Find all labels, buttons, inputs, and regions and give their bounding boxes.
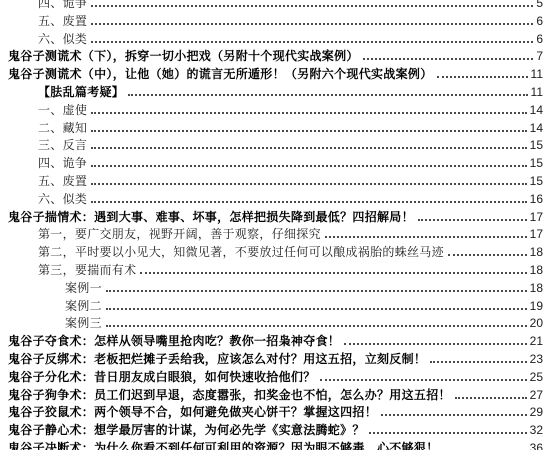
toc-entry[interactable]: 案例二 19 bbox=[8, 298, 543, 316]
dot-leader bbox=[91, 130, 526, 132]
dot-leader bbox=[91, 5, 533, 7]
toc-entry[interactable]: 鬼谷子测谎术（下），拆穿一切小把戏（另附十个现代实战案例） 7 bbox=[8, 48, 543, 66]
toc-entry[interactable]: 二、藏知 14 bbox=[8, 120, 543, 138]
toc-entry-title: 第一，要广交朋友，视野开阔，善于观察，仔细探究 bbox=[38, 226, 321, 244]
toc-entry-title: 鬼谷子夺食术：怎样从领导嘴里抢肉吃？教你一招枭神夺食！ bbox=[8, 333, 340, 351]
toc-entry-page-number: 17 bbox=[530, 209, 543, 227]
toc-entry[interactable]: 案例三 20 bbox=[8, 315, 543, 333]
document-page: 四、诡争 5 五、废置 6 六、似类 6 鬼谷子测谎术（下），拆穿一切小把戏（另… bbox=[0, 0, 550, 450]
toc-entry-title: 三、反言 bbox=[38, 137, 87, 155]
toc-entry[interactable]: 鬼谷子狗争术：员工们迟到早退，态度嚣张，扣奖金也不怕，怎么办？用这五招！ 27 bbox=[8, 387, 543, 405]
toc-entry[interactable]: 六、似类 6 bbox=[8, 31, 543, 49]
dot-leader bbox=[91, 112, 526, 114]
toc-entry-title: 案例一 bbox=[65, 280, 102, 298]
dot-leader bbox=[363, 58, 534, 60]
dot-leader bbox=[140, 272, 526, 274]
dot-leader bbox=[91, 165, 526, 167]
toc-entry[interactable]: 第二，平时要以小见大，知微见著，不要放过任何可以酿成祸胎的蛛丝马迹 18 bbox=[8, 244, 543, 262]
toc-entry-page-number: 14 bbox=[530, 120, 543, 138]
toc-entry-page-number: 25 bbox=[530, 369, 543, 387]
toc-entry-title: 鬼谷子狡鼠术：两个领导不合，如何避免做夹心饼干？掌握这四招！ bbox=[8, 404, 377, 422]
toc-entry-page-number: 36 bbox=[530, 440, 543, 450]
dot-leader bbox=[106, 308, 527, 310]
dot-leader bbox=[369, 432, 527, 434]
toc-entry-title: 六、似类 bbox=[38, 31, 87, 49]
dot-leader bbox=[91, 201, 526, 203]
toc-entry[interactable]: 鬼谷子决断术：为什么你看不到任何可利用的资源？因为眼不够毒，心不够狠！ 36 bbox=[8, 440, 543, 450]
toc-entry-title: 案例二 bbox=[65, 298, 102, 316]
toc-entry-title: 鬼谷子分化术：昔日朋友成白眼狼，如何快速收拾他们？ bbox=[8, 369, 316, 387]
toc-entry[interactable]: 鬼谷子测谎术（中），让他（她）的谎言无所遁形！（另附六个现代实战案例） 11 bbox=[8, 66, 543, 84]
toc-entry-title: 鬼谷子狗争术：员工们迟到早退，态度嚣张，扣奖金也不怕，怎么办？用这五招！ bbox=[8, 387, 451, 405]
toc-entry[interactable]: 鬼谷子揣情术：遇到大事、难事、坏事，怎样把损失降到最低？四招解局！ 17 bbox=[8, 209, 543, 227]
toc-entry-page-number: 21 bbox=[530, 333, 543, 351]
toc-entry-title: 第二，平时要以小见大，知微见著，不要放过任何可以酿成祸胎的蛛丝马迹 bbox=[38, 244, 444, 262]
toc-entry-page-number: 32 bbox=[530, 422, 543, 440]
toc-entry[interactable]: 六、似类 16 bbox=[8, 191, 543, 209]
dot-leader bbox=[91, 147, 526, 149]
toc-entry-page-number: 18 bbox=[530, 280, 543, 298]
toc-entry-title: 第三，要揣而有术 bbox=[38, 262, 136, 280]
toc-entry[interactable]: 第三，要揣而有术 18 bbox=[8, 262, 543, 280]
toc-entry[interactable]: 三、反言 15 bbox=[8, 137, 543, 155]
toc-entry-page-number: 18 bbox=[530, 262, 543, 280]
toc-entry-title: 五、废置 bbox=[38, 13, 87, 31]
dot-leader bbox=[91, 23, 533, 25]
dot-leader bbox=[455, 397, 527, 399]
toc-entry-page-number: 6 bbox=[536, 31, 543, 49]
toc-entry[interactable]: 案例一 18 bbox=[8, 280, 543, 298]
toc-entry-page-number: 6 bbox=[536, 13, 543, 31]
toc-entry[interactable]: 【胠乱篇考疑】 11 bbox=[8, 84, 543, 102]
toc-entry-title: 鬼谷子揣情术：遇到大事、难事、坏事，怎样把损失降到最低？四招解局！ bbox=[8, 209, 414, 227]
toc-entry-title: 鬼谷子反绑术：老板把烂摊子丢给我，应该怎么对付？用这五招，立刻反制！ bbox=[8, 351, 426, 369]
toc-entry[interactable]: 第一，要广交朋友，视野开阔，善于观察，仔细探究 17 bbox=[8, 226, 543, 244]
dot-leader bbox=[106, 290, 527, 292]
dot-leader bbox=[418, 219, 527, 221]
toc-entry[interactable]: 五、废置 15 bbox=[8, 173, 543, 191]
toc-entry[interactable]: 鬼谷子分化术：昔日朋友成白眼狼，如何快速收拾他们？ 25 bbox=[8, 369, 543, 387]
toc-entry[interactable]: 五、废置 6 bbox=[8, 13, 543, 31]
toc-entry-title: 二、藏知 bbox=[38, 120, 87, 138]
dot-leader bbox=[91, 41, 533, 43]
toc-entry-title: 五、废置 bbox=[38, 173, 87, 191]
dot-leader bbox=[106, 325, 527, 327]
toc-entry-title: 四、诡争 bbox=[38, 155, 87, 173]
toc-entry-title: 六、似类 bbox=[38, 191, 87, 209]
toc-entry-page-number: 15 bbox=[530, 155, 543, 173]
toc-entry-title: 四、诡争 bbox=[38, 0, 87, 13]
toc-entry[interactable]: 鬼谷子静心术：想学最厉害的计谋，为何必先学《实意法腾蛇》？ 32 bbox=[8, 422, 543, 440]
toc-entry-page-number: 23 bbox=[530, 351, 543, 369]
toc-entry[interactable]: 鬼谷子反绑术：老板把烂摊子丢给我，应该怎么对付？用这五招，立刻反制！ 23 bbox=[8, 351, 543, 369]
toc-entry-page-number: 17 bbox=[530, 226, 543, 244]
toc-entry-page-number: 27 bbox=[530, 387, 543, 405]
toc-entry-page-number: 7 bbox=[536, 48, 543, 66]
dot-leader bbox=[91, 183, 526, 185]
dot-leader bbox=[128, 94, 527, 96]
dot-leader bbox=[430, 361, 526, 363]
toc-entry-title: 鬼谷子静心术：想学最厉害的计谋，为何必先学《实意法腾蛇》？ bbox=[8, 422, 365, 440]
toc-entry-page-number: 11 bbox=[531, 66, 543, 84]
toc-entry[interactable]: 鬼谷子夺食术：怎样从领导嘴里抢肉吃？教你一招枭神夺食！ 21 bbox=[8, 333, 543, 351]
toc-entry-page-number: 18 bbox=[530, 244, 543, 262]
toc-entry-page-number: 11 bbox=[531, 84, 543, 102]
toc-entry-title: 案例三 bbox=[65, 315, 102, 333]
dot-leader bbox=[325, 236, 527, 238]
toc-entry-page-number: 20 bbox=[530, 315, 543, 333]
dot-leader bbox=[381, 414, 527, 416]
toc-entry-page-number: 19 bbox=[530, 298, 543, 316]
toc-entry[interactable]: 一、虚使 14 bbox=[8, 102, 543, 120]
toc-entry-page-number: 14 bbox=[530, 102, 543, 120]
dot-leader bbox=[320, 379, 527, 381]
toc-entry-page-number: 5 bbox=[536, 0, 543, 13]
toc-entry[interactable]: 鬼谷子狡鼠术：两个领导不合，如何避免做夹心饼干？掌握这四招！ 29 bbox=[8, 404, 543, 422]
dot-leader bbox=[344, 343, 527, 345]
dot-leader bbox=[437, 76, 528, 78]
toc-entry-page-number: 15 bbox=[530, 173, 543, 191]
toc-entry-page-number: 29 bbox=[530, 404, 543, 422]
toc-entry-page-number: 15 bbox=[530, 137, 543, 155]
toc-list: 四、诡争 5 五、废置 6 六、似类 6 鬼谷子测谎术（下），拆穿一切小把戏（另… bbox=[0, 0, 550, 450]
toc-entry[interactable]: 四、诡争 5 bbox=[8, 0, 543, 13]
toc-entry[interactable]: 四、诡争 15 bbox=[8, 155, 543, 173]
toc-entry-title: 鬼谷子测谎术（下），拆穿一切小把戏（另附十个现代实战案例） bbox=[8, 48, 359, 66]
toc-entry-title: 鬼谷子测谎术（中），让他（她）的谎言无所遁形！（另附六个现代实战案例） bbox=[8, 66, 433, 84]
dot-leader bbox=[448, 254, 527, 256]
toc-entry-title: 一、虚使 bbox=[38, 102, 87, 120]
toc-entry-page-number: 16 bbox=[530, 191, 543, 209]
toc-entry-title: 【胠乱篇考疑】 bbox=[38, 84, 124, 102]
toc-entry-title: 鬼谷子决断术：为什么你看不到任何可利用的资源？因为眼不够毒，心不够狠！ bbox=[8, 440, 439, 450]
